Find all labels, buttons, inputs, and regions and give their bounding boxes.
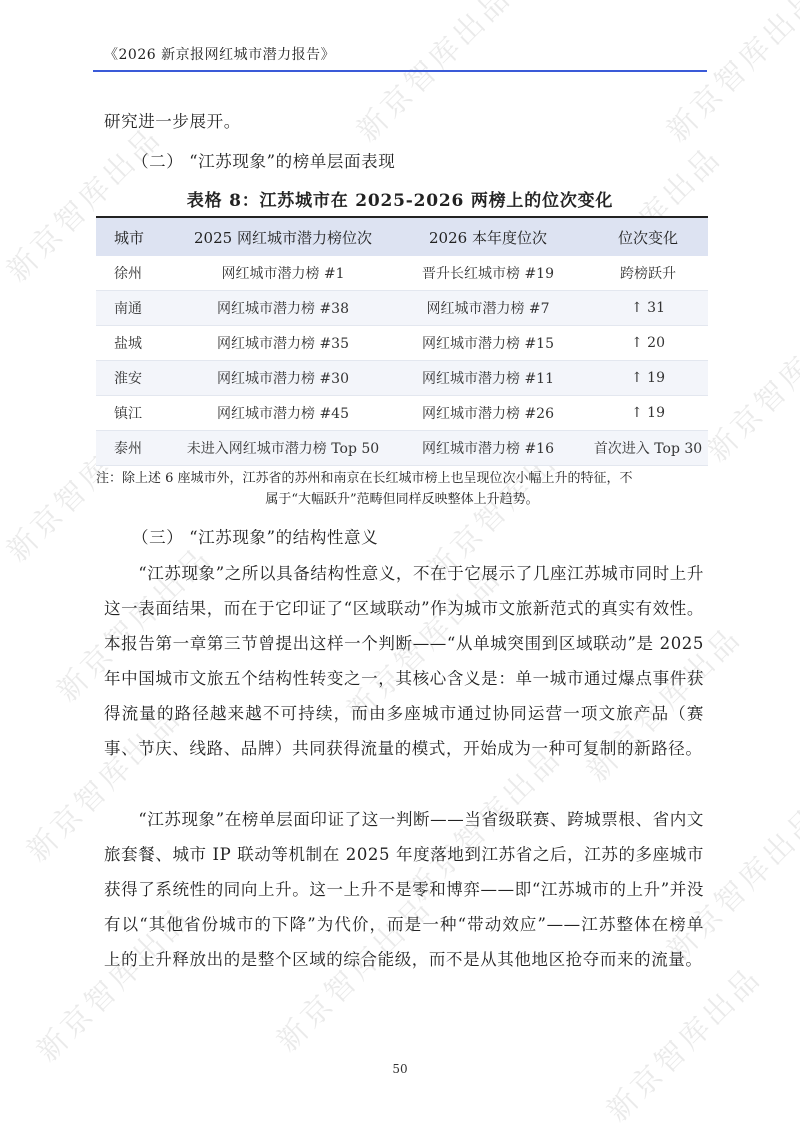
- table-header-row: 城市 2025 网红城市潜力榜位次 2026 本年度位次 位次变化: [96, 217, 708, 256]
- table-note-line-1: 注：除上述 6 座城市外，江苏省的苏州和南京在长红城市榜上也呈现位次小幅上升的特…: [96, 471, 633, 486]
- cell-rank-2026: 网红城市潜力榜 #26: [388, 396, 588, 431]
- table-row: 盐城 网红城市潜力榜 #35 网红城市潜力榜 #15 ↑ 20: [96, 326, 708, 361]
- table-row: 泰州 未进入网红城市潜力榜 Top 50 网红城市潜力榜 #16 首次进入 To…: [96, 431, 708, 466]
- cell-city: 淮安: [96, 361, 178, 396]
- table-note-line-2: 属于“大幅跃升”范畴但同样反映整体上升趋势。: [96, 489, 708, 510]
- ranking-table: 城市 2025 网红城市潜力榜位次 2026 本年度位次 位次变化 徐州 网红城…: [96, 216, 708, 466]
- running-header: 《2026 新京报网红城市潜力报告》: [104, 44, 335, 64]
- column-header-2026: 2026 本年度位次: [388, 217, 588, 256]
- column-header-2025: 2025 网红城市潜力榜位次: [178, 217, 388, 256]
- cell-rank-2025: 网红城市潜力榜 #38: [178, 291, 388, 326]
- watermark: 新京智库出品: [594, 954, 769, 1129]
- cell-rank-2026: 网红城市潜力榜 #16: [388, 431, 588, 466]
- cell-rank-2025: 网红城市潜力榜 #45: [178, 396, 388, 431]
- paragraph-1: “江苏现象”之所以具备结构性意义，不在于它展示了几座江苏城市同时上升这一表面结果…: [104, 556, 704, 766]
- watermark: 新京智库出品: [694, 294, 800, 469]
- cell-change: 跨榜跃升: [588, 256, 708, 291]
- cell-rank-2025: 网红城市潜力榜 #30: [178, 361, 388, 396]
- section-heading-2: （二） “江苏现象”的榜单层面表现: [132, 148, 395, 172]
- cell-rank-2025: 未进入网红城市潜力榜 Top 50: [178, 431, 388, 466]
- cell-city: 泰州: [96, 431, 178, 466]
- cell-change: ↑ 20: [588, 326, 708, 361]
- section-heading-3: （三） “江苏现象”的结构性意义: [132, 524, 378, 548]
- table-caption: 表格 8：江苏城市在 2025-2026 两榜上的位次变化: [0, 186, 800, 211]
- table-row: 徐州 网红城市潜力榜 #1 晋升长红城市榜 #19 跨榜跃升: [96, 256, 708, 291]
- paragraph-2: “江苏现象”在榜单层面印证了这一判断——当省级联赛、跨城票根、省内文旅套餐、城市…: [104, 802, 704, 977]
- cell-change: ↑ 19: [588, 396, 708, 431]
- column-header-change: 位次变化: [588, 217, 708, 256]
- cell-rank-2026: 网红城市潜力榜 #11: [388, 361, 588, 396]
- cell-rank-2026: 网红城市潜力榜 #15: [388, 326, 588, 361]
- cell-rank-2025: 网红城市潜力榜 #35: [178, 326, 388, 361]
- header-rule: [93, 70, 707, 72]
- cell-rank-2026: 晋升长红城市榜 #19: [388, 256, 588, 291]
- page-number: 50: [0, 1062, 800, 1076]
- table-row: 镇江 网红城市潜力榜 #45 网红城市潜力榜 #26 ↑ 19: [96, 396, 708, 431]
- cell-rank-2026: 网红城市潜力榜 #7: [388, 291, 588, 326]
- cell-city: 南通: [96, 291, 178, 326]
- table-row: 南通 网红城市潜力榜 #38 网红城市潜力榜 #7 ↑ 31: [96, 291, 708, 326]
- cell-city: 盐城: [96, 326, 178, 361]
- cell-city: 徐州: [96, 256, 178, 291]
- column-header-city: 城市: [96, 217, 178, 256]
- cell-rank-2025: 网红城市潜力榜 #1: [178, 256, 388, 291]
- cell-change: ↑ 31: [588, 291, 708, 326]
- cell-change: 首次进入 Top 30: [588, 431, 708, 466]
- cell-change: ↑ 19: [588, 361, 708, 396]
- cell-city: 镇江: [96, 396, 178, 431]
- table-note: 注：除上述 6 座城市外，江苏省的苏州和南京在长红城市榜上也呈现位次小幅上升的特…: [96, 468, 708, 510]
- table-row: 淮安 网红城市潜力榜 #30 网红城市潜力榜 #11 ↑ 19: [96, 361, 708, 396]
- intro-line: 研究进一步展开。: [104, 104, 704, 139]
